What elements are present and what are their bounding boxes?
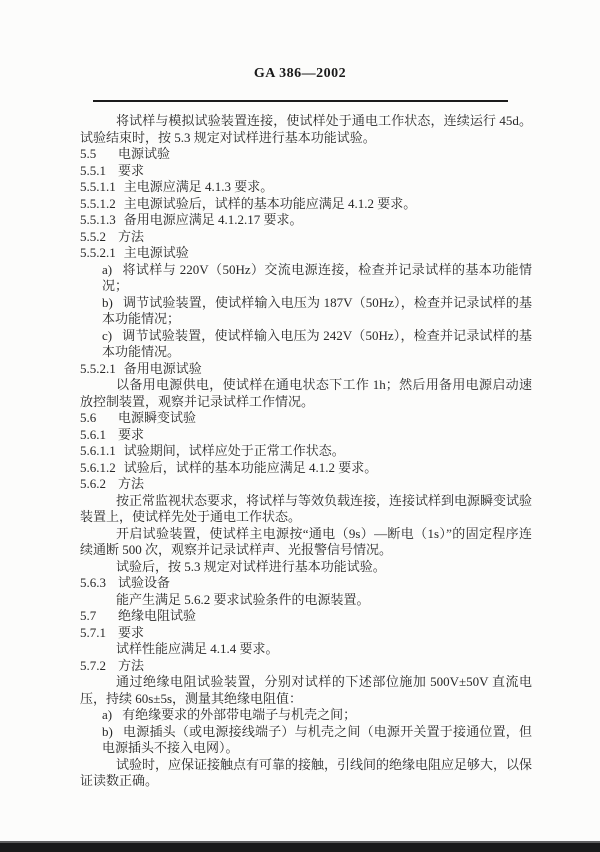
list-item-marker: a) bbox=[102, 262, 112, 277]
clause-heading: 5.6.2方法 bbox=[80, 476, 532, 493]
clause-heading: 5.7.1要求 bbox=[80, 625, 532, 642]
clause-heading: 5.6.1.1试验期间，试样应处于正常工作状态。 bbox=[80, 443, 532, 460]
list-item-marker: b) bbox=[102, 295, 113, 310]
clause-number: 5.5 bbox=[80, 146, 110, 163]
clause-number: 5.5.2.1 bbox=[80, 245, 116, 262]
scan-edge-shadow bbox=[0, 841, 600, 852]
clause-number: 5.6.1 bbox=[80, 427, 110, 444]
list-item: b)调节试验装置，使试样输入电压为 187V（50Hz），检查并记录试样的基本功… bbox=[80, 295, 532, 328]
clause-title: 试验后，试样的基本功能应满足 4.1.2 要求。 bbox=[124, 460, 378, 475]
clause-heading: 5.5.1.3备用电源应满足 4.1.2.17 要求。 bbox=[80, 212, 532, 229]
clause-number: 5.7.2 bbox=[80, 658, 110, 675]
list-item-marker: c) bbox=[102, 328, 112, 343]
clause-number: 5.6 bbox=[80, 410, 110, 427]
clause-title: 方法 bbox=[118, 476, 144, 491]
clause-number: 5.5.1 bbox=[80, 163, 110, 180]
list-item-text: 调节试验装置，使试样输入电压为 242V（50Hz），检查并记录试样的基本功能情… bbox=[102, 328, 532, 360]
list-item-text: 将试样与 220V（50Hz）交流电源连接，检查并记录试样的基本功能情况； bbox=[102, 262, 532, 294]
clause-title: 主电源试验 bbox=[124, 245, 189, 260]
clause-number: 5.6.2 bbox=[80, 476, 110, 493]
clause-title: 主电源试验后，试样的基本功能应满足 4.1.2 要求。 bbox=[124, 196, 417, 211]
body-paragraph: 试样性能应满足 4.1.4 要求。 bbox=[80, 641, 532, 658]
clause-number: 5.5.2.1 bbox=[80, 361, 116, 378]
clause-title: 备用电源应满足 4.1.2.17 要求。 bbox=[124, 212, 303, 227]
clause-title: 备用电源试验 bbox=[124, 361, 202, 376]
clause-number: 5.6.3 bbox=[80, 575, 110, 592]
clause-heading: 5.5.2.1主电源试验 bbox=[80, 245, 532, 262]
clause-title: 要求 bbox=[118, 163, 144, 178]
standard-number-header: GA 386—2002 bbox=[0, 66, 600, 82]
body-paragraph: 能产生满足 5.6.2 要求试验条件的电源装置。 bbox=[80, 592, 532, 609]
clause-number: 5.5.1.3 bbox=[80, 212, 116, 229]
clause-title: 主电源应满足 4.1.3 要求。 bbox=[124, 179, 274, 194]
list-item-marker: a) bbox=[102, 707, 112, 722]
clause-title: 要求 bbox=[118, 427, 144, 442]
body-paragraph: 将试样与模拟试验装置连接，使试样处于通电工作状态，连续运行 45d。试验结束时，… bbox=[80, 113, 532, 146]
list-item: a)将试样与 220V（50Hz）交流电源连接，检查并记录试样的基本功能情况； bbox=[80, 262, 532, 295]
clause-heading: 5.5.2方法 bbox=[80, 229, 532, 246]
body-paragraph: 通过绝缘电阻试验装置，分别对试样的下述部位施加 500V±50V 直流电压，持续… bbox=[80, 674, 532, 707]
document-body: 将试样与模拟试验装置连接，使试样处于通电工作状态，连续运行 45d。试验结束时，… bbox=[80, 113, 532, 790]
clause-title: 电源瞬变试验 bbox=[118, 410, 196, 425]
clause-number: 5.7.1 bbox=[80, 625, 110, 642]
clause-number: 5.7 bbox=[80, 608, 110, 625]
body-paragraph: 试验后，按 5.3 规定对试样进行基本功能试验。 bbox=[80, 559, 532, 576]
body-paragraph: 试验时，应保证接触点有可靠的接触，引线间的绝缘电阻应足够大，以保证读数正确。 bbox=[80, 757, 532, 790]
clause-heading: 5.5.1.2主电源试验后，试样的基本功能应满足 4.1.2 要求。 bbox=[80, 196, 532, 213]
clause-number: 5.6.1.1 bbox=[80, 443, 116, 460]
clause-title: 试验设备 bbox=[118, 575, 170, 590]
clause-heading: 5.7绝缘电阻试验 bbox=[80, 608, 532, 625]
clause-heading: 5.6.1要求 bbox=[80, 427, 532, 444]
clause-title: 方法 bbox=[118, 229, 144, 244]
body-paragraph: 按正常监视状态要求，将试样与等效负载连接，连接试样到电源瞬变试验装置上，使试样先… bbox=[80, 493, 532, 526]
list-item-text: 调节试验装置，使试样输入电压为 187V（50Hz），检查并记录试样的基本功能情… bbox=[102, 295, 532, 327]
scanned-document-page: GA 386—2002 将试样与模拟试验装置连接，使试样处于通电工作状态，连续运… bbox=[0, 0, 600, 852]
clause-title: 试验期间，试样应处于正常工作状态。 bbox=[124, 443, 345, 458]
clause-title: 电源试验 bbox=[118, 146, 170, 161]
clause-title: 绝缘电阻试验 bbox=[118, 608, 196, 623]
clause-title: 方法 bbox=[118, 658, 144, 673]
clause-heading: 5.5.1要求 bbox=[80, 163, 532, 180]
clause-heading: 5.6.1.2试验后，试样的基本功能应满足 4.1.2 要求。 bbox=[80, 460, 532, 477]
header-rule bbox=[93, 100, 508, 102]
clause-heading: 5.5.1.1主电源应满足 4.1.3 要求。 bbox=[80, 179, 532, 196]
list-item: a)有绝缘要求的外部带电端子与机壳之间； bbox=[80, 707, 532, 724]
clause-heading: 5.5.2.1备用电源试验 bbox=[80, 361, 532, 378]
clause-heading: 5.6电源瞬变试验 bbox=[80, 410, 532, 427]
clause-number: 5.5.1.1 bbox=[80, 179, 116, 196]
list-item: b)电源插头（或电源接线端子）与机壳之间（电源开关置于接通位置，但电源插头不接入… bbox=[80, 724, 532, 757]
clause-number: 5.5.2 bbox=[80, 229, 110, 246]
clause-number: 5.6.1.2 bbox=[80, 460, 116, 477]
list-item-marker: b) bbox=[102, 724, 113, 739]
clause-heading: 5.6.3试验设备 bbox=[80, 575, 532, 592]
list-item-text: 有绝缘要求的外部带电端子与机壳之间； bbox=[122, 707, 356, 722]
clause-number: 5.5.1.2 bbox=[80, 196, 116, 213]
list-item-text: 电源插头（或电源接线端子）与机壳之间（电源开关置于接通位置，但电源插头不接入电网… bbox=[102, 724, 532, 756]
clause-heading: 5.7.2方法 bbox=[80, 658, 532, 675]
list-item: c)调节试验装置，使试样输入电压为 242V（50Hz），检查并记录试样的基本功… bbox=[80, 328, 532, 361]
body-paragraph: 以备用电源供电，使试样在通电状态下工作 1h；然后用备用电源启动速放控制装置，观… bbox=[80, 377, 532, 410]
clause-title: 要求 bbox=[118, 625, 144, 640]
body-paragraph: 开启试验装置，使试样主电源按“通电（9s）—断电（1s）”的固定程序连续通断 5… bbox=[80, 526, 532, 559]
clause-heading: 5.5电源试验 bbox=[80, 146, 532, 163]
